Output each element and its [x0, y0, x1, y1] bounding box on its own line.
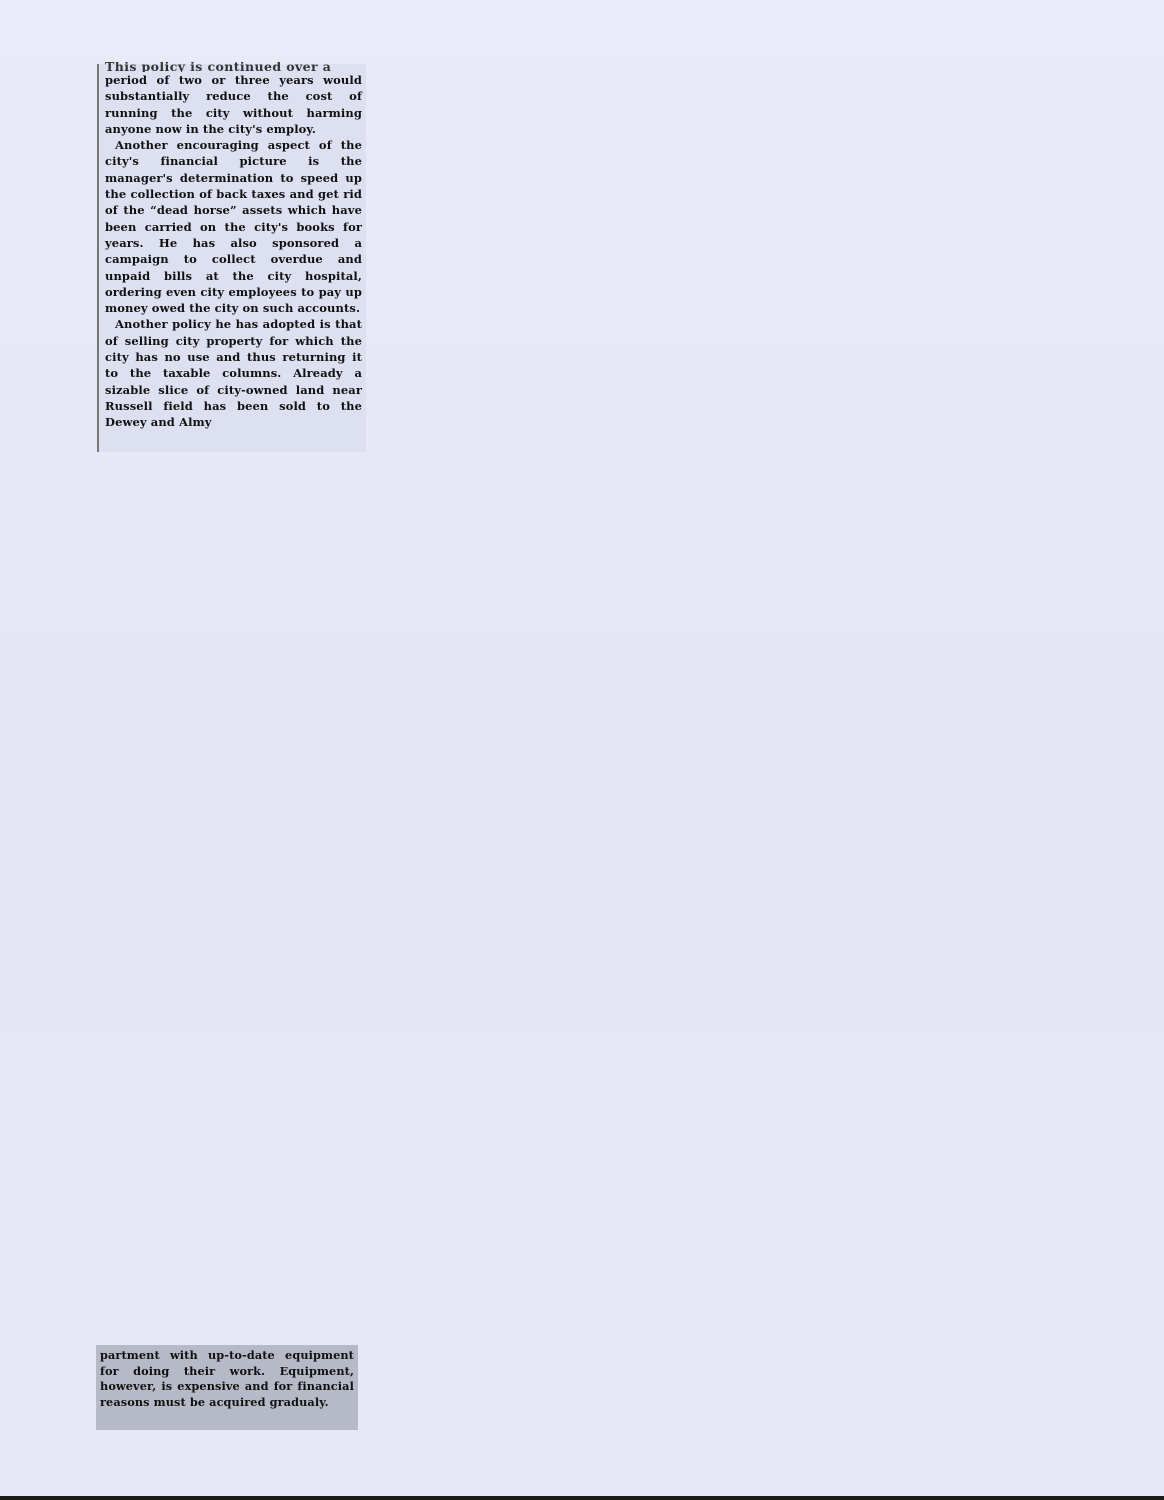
paragraph-selling-property: Another policy he has adopted is that of…: [105, 316, 362, 430]
paragraph-equipment: partment with up-to-date equipment for d…: [100, 1348, 354, 1410]
scanned-page: This policy is continued over a period o…: [0, 0, 1164, 1500]
paragraph-continuation: period of two or three years would subst…: [105, 72, 362, 137]
cut-off-line: This policy is continued over a: [105, 62, 362, 72]
newspaper-clipping-bottom: partment with up-to-date equipment for d…: [96, 1345, 358, 1430]
newspaper-clipping-top: This policy is continued over a period o…: [97, 64, 366, 452]
scan-bottom-edge: [0, 1496, 1164, 1500]
paragraph-financial-picture: Another encouraging aspect of the city's…: [105, 137, 362, 316]
